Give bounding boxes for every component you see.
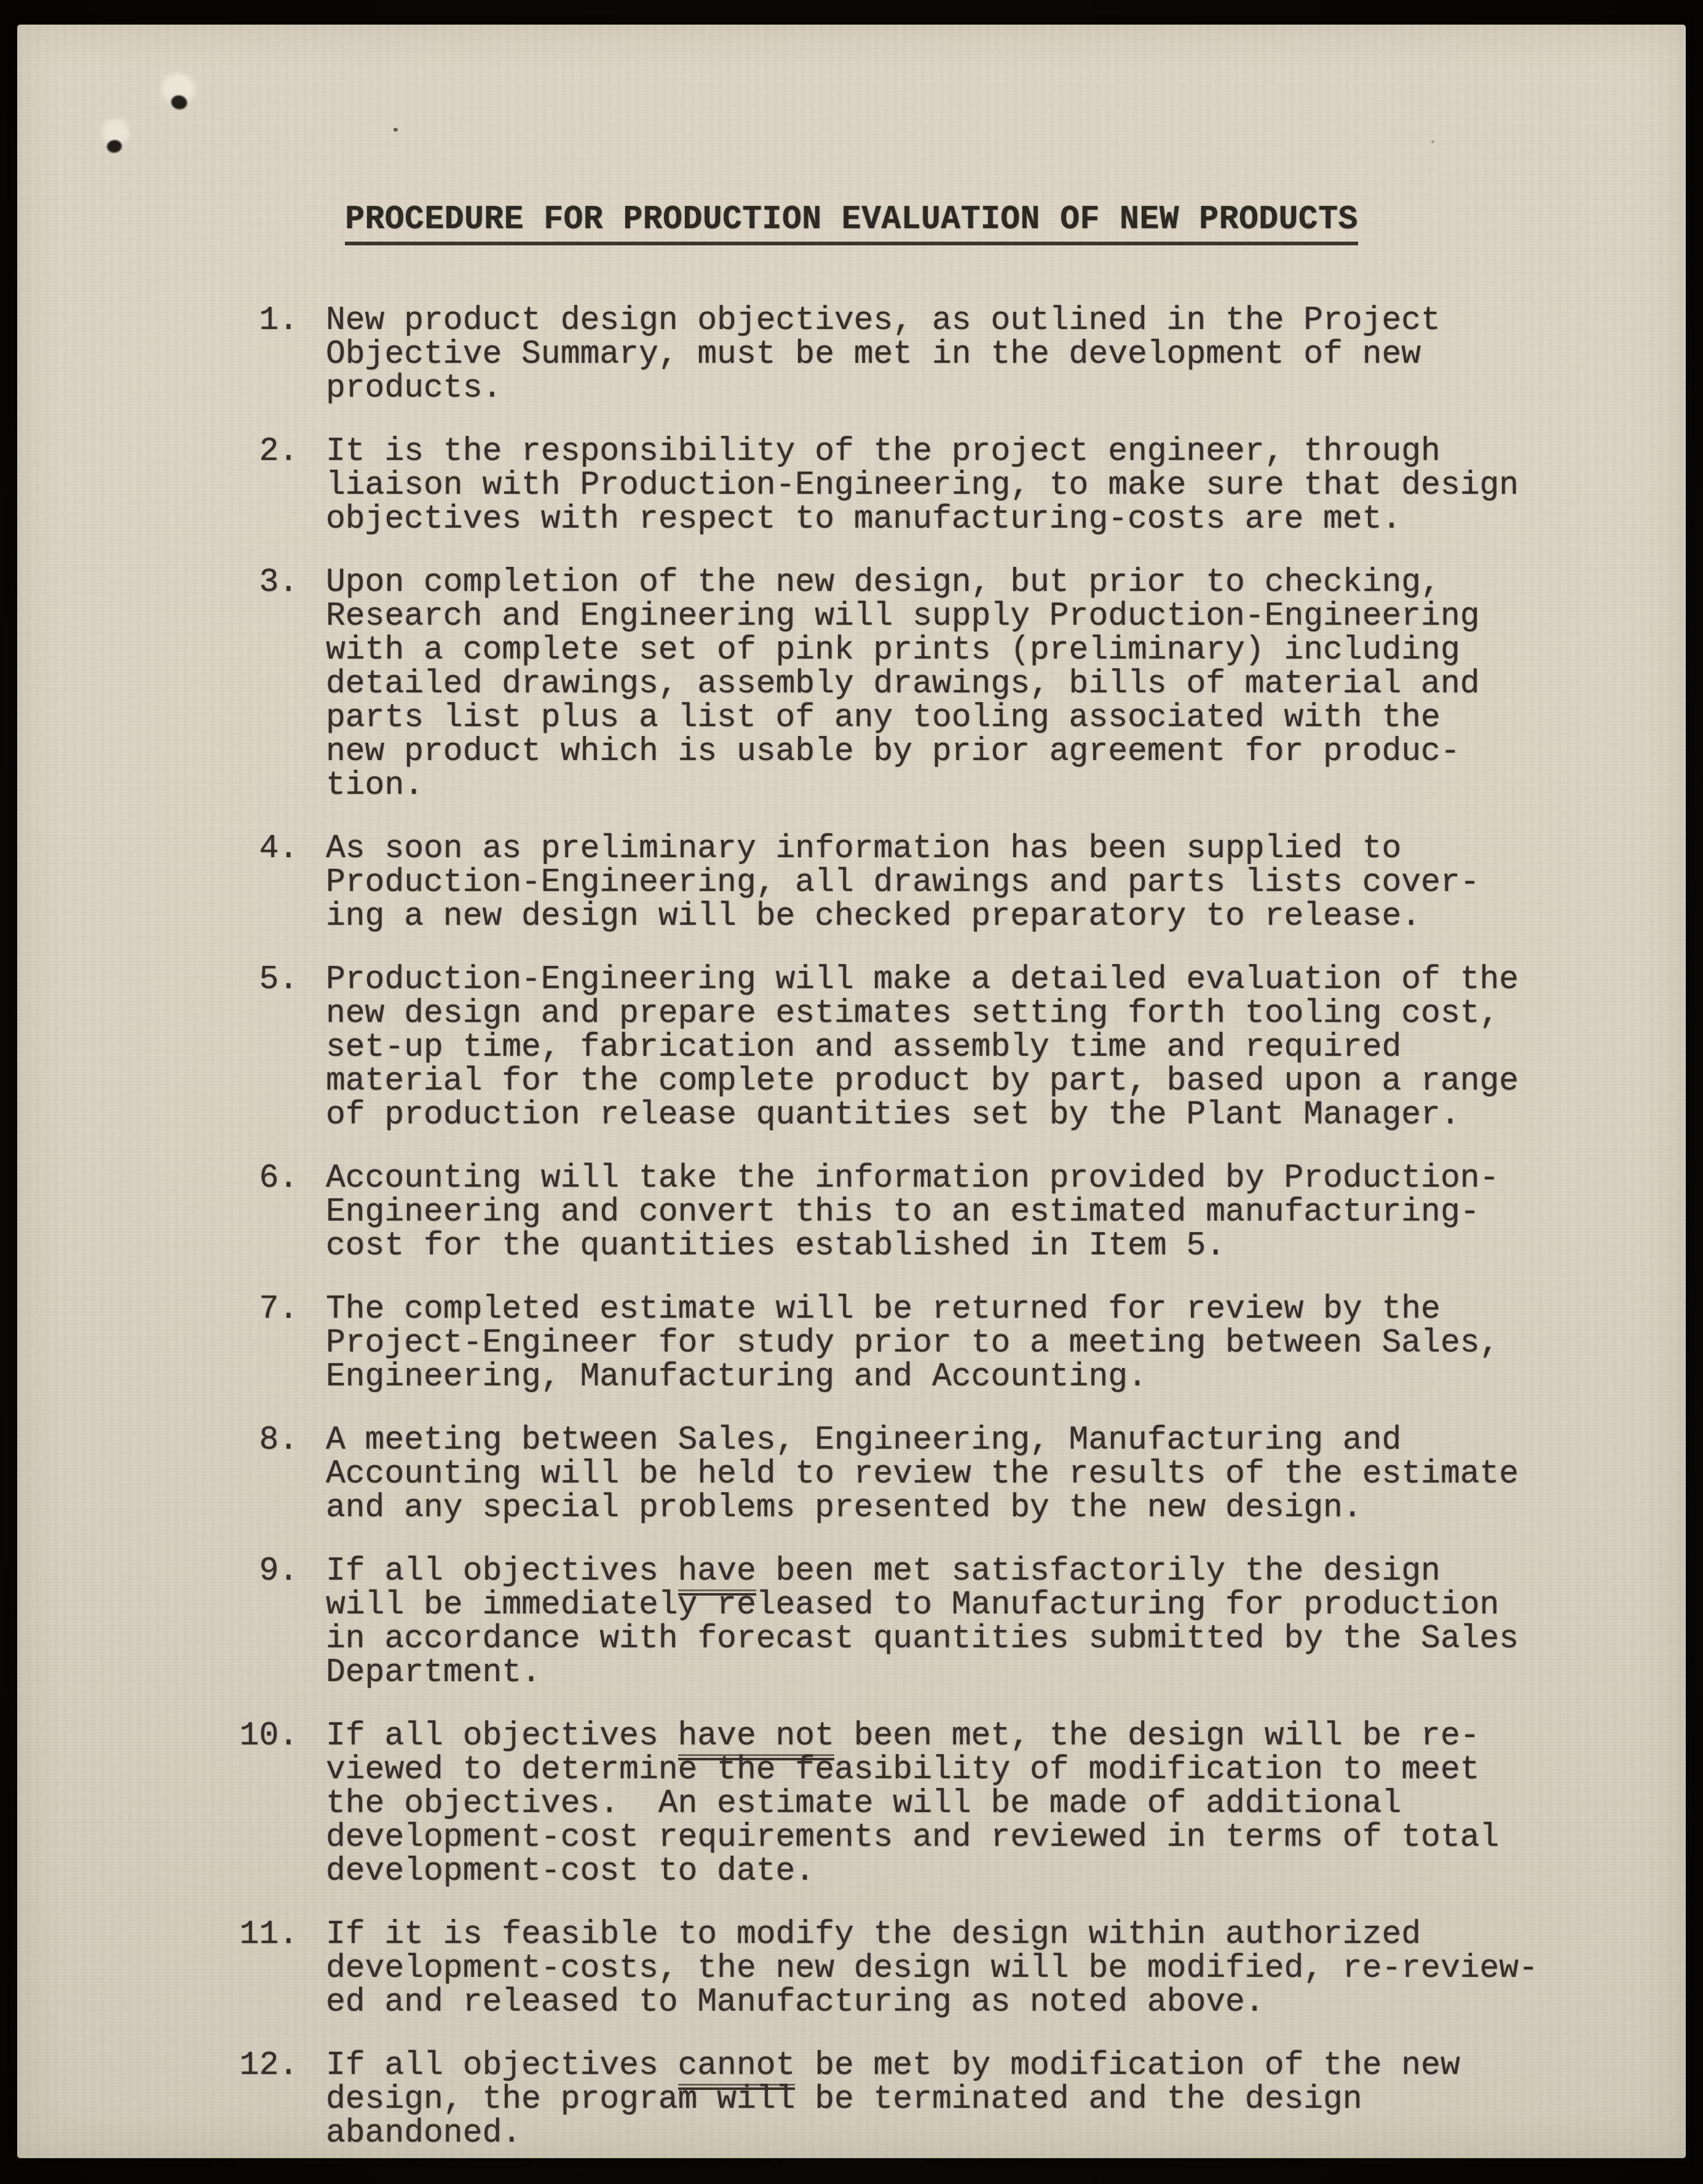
item-number: 12. [17,2049,298,2150]
item-line: ed and released to Manufacturing as note… [326,1985,1538,2019]
item-line: development-cost requirements and review… [326,1821,1499,1854]
list-item: 1.New product design objectives, as outl… [17,304,1686,405]
item-number: 9. [17,1554,298,1690]
item-text: If all objectives have not been met, the… [298,1719,1499,1888]
item-text: Accounting will take the information pro… [298,1161,1499,1263]
item-line: Engineering and convert this to an estim… [326,1195,1499,1229]
item-line: ing a new design will be checked prepara… [326,900,1480,933]
document-page: PROCEDURE FOR PRODUCTION EVALUATION OF N… [17,25,1686,2158]
item-line: Production-Engineering will make a detai… [326,963,1519,997]
item-line: development-cost to date. [326,1854,1499,1888]
item-text: As soon as preliminary information has b… [298,832,1480,933]
item-line: tion. [326,769,1480,802]
item-line: new product which is usable by prior agr… [326,735,1480,769]
item-text: A meeting between Sales, Engineering, Ma… [298,1423,1519,1525]
item-number: 7. [17,1292,298,1394]
list-item: 6.Accounting will take the information p… [17,1161,1686,1263]
item-line: liaison with Production-Engineering, to … [326,469,1519,502]
item-number: 5. [17,963,298,1132]
item-line: Upon completion of the new design, but p… [326,566,1480,599]
item-line: cost for the quantities established in I… [326,1229,1499,1263]
list-item: 2.It is the responsibility of the projec… [17,435,1686,536]
list-item: 7.The completed estimate will be returne… [17,1292,1686,1394]
item-line: the objectives. An estimate will be made… [326,1787,1499,1821]
item-line: It is the responsibility of the project … [326,435,1519,469]
item-line: of production release quantities set by … [326,1098,1519,1132]
item-number: 10. [17,1719,298,1888]
item-line: Production-Engineering, all drawings and… [326,866,1480,900]
item-line: set-up time, fabrication and assembly ti… [326,1031,1519,1064]
item-text: If all objectives have been met satisfac… [298,1554,1519,1690]
item-line: Research and Engineering will supply Pro… [326,599,1480,633]
item-number: 11. [17,1918,298,2019]
item-number: 2. [17,435,298,536]
item-number: 1. [17,304,298,405]
item-number: 8. [17,1423,298,1525]
item-text: Upon completion of the new design, but p… [298,566,1480,802]
list-item: 10.If all objectives have not been met, … [17,1719,1686,1888]
item-line: If all objectives have been met satisfac… [326,1554,1519,1588]
list-item: 12.If all objectives cannot be met by mo… [17,2049,1686,2150]
item-line: If all objectives have not been met, the… [326,1719,1499,1753]
item-line: products. [326,371,1440,405]
list-item: 11.If it is feasible to modify the desig… [17,1918,1686,2019]
item-text: Production-Engineering will make a detai… [298,963,1519,1132]
item-line: Department. [326,1656,1519,1690]
item-line: If all objectives cannot be met by modif… [326,2049,1460,2083]
list-item: 9.If all objectives have been met satisf… [17,1554,1686,1690]
item-line: As soon as preliminary information has b… [326,832,1480,866]
item-line: New product design objectives, as outlin… [326,304,1440,338]
item-line: Accounting will take the information pro… [326,1161,1499,1195]
document-content: PROCEDURE FOR PRODUCTION EVALUATION OF N… [17,25,1686,2150]
item-line: parts list plus a list of any tooling as… [326,701,1480,735]
item-line: detailed drawings, assembly drawings, bi… [326,667,1480,701]
procedure-list: 1.New product design objectives, as outl… [17,304,1686,2150]
item-line: viewed to determine the feasibility of m… [326,1753,1499,1787]
item-line: design, the program will be terminated a… [326,2083,1460,2116]
item-number: 6. [17,1161,298,1263]
item-line: development-costs, the new design will b… [326,1952,1538,1985]
item-line: and any special problems presented by th… [326,1491,1519,1525]
item-text: If all objectives cannot be met by modif… [298,2049,1460,2150]
item-line: Accounting will be held to review the re… [326,1457,1519,1491]
list-item: 3.Upon completion of the new design, but… [17,566,1686,802]
item-line: with a complete set of pink prints (prel… [326,633,1480,667]
item-line: Objective Summary, must be met in the de… [326,338,1440,371]
item-line: in accordance with forecast quantities s… [326,1622,1519,1656]
item-line: will be immediately released to Manufact… [326,1588,1519,1622]
item-number: 3. [17,566,298,802]
item-line: If it is feasible to modify the design w… [326,1918,1538,1952]
item-line: A meeting between Sales, Engineering, Ma… [326,1423,1519,1457]
item-line: abandoned. [326,2116,1460,2150]
item-line: Project-Engineer for study prior to a me… [326,1326,1499,1360]
document-title: PROCEDURE FOR PRODUCTION EVALUATION OF N… [345,203,1358,245]
scanned-document: PROCEDURE FOR PRODUCTION EVALUATION OF N… [0,0,1703,2184]
item-line: Engineering, Manufacturing and Accountin… [326,1360,1499,1394]
item-line: new design and prepare estimates setting… [326,997,1519,1031]
item-text: It is the responsibility of the project … [298,435,1519,536]
list-item: 4.As soon as preliminary information has… [17,832,1686,933]
item-text: New product design objectives, as outlin… [298,304,1440,405]
item-number: 4. [17,832,298,933]
item-text: If it is feasible to modify the design w… [298,1918,1538,2019]
item-text: The completed estimate will be returned … [298,1292,1499,1394]
item-line: objectives with respect to manufacturing… [326,502,1519,536]
list-item: 5.Production-Engineering will make a det… [17,963,1686,1132]
list-item: 8.A meeting between Sales, Engineering, … [17,1423,1686,1525]
item-line: material for the complete product by par… [326,1064,1519,1098]
item-line: The completed estimate will be returned … [326,1292,1499,1326]
